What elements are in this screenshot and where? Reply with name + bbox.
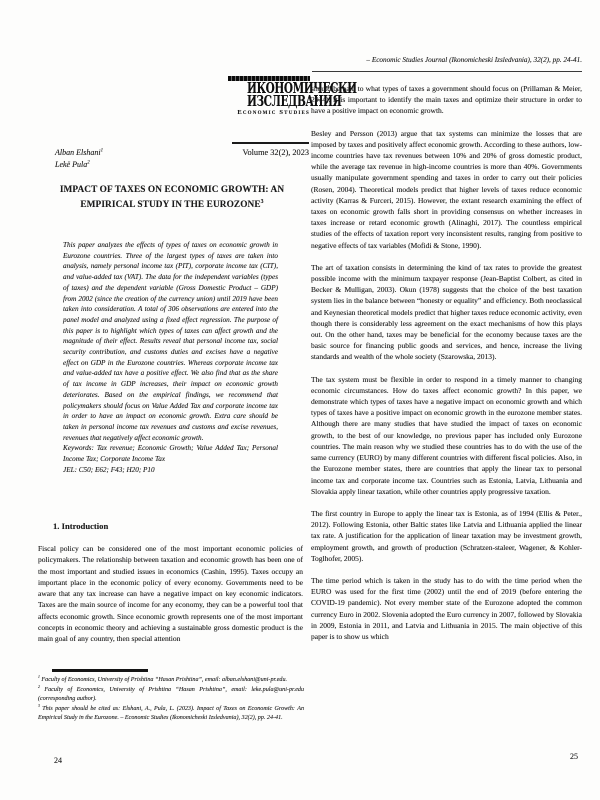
body-paragraph: Besley and Persson (2013) argue that tax… (311, 128, 582, 251)
footnote-1-text: Faculty of Economics, University of Pris… (41, 677, 287, 683)
footnote-1-mark: 1 (38, 675, 40, 679)
page-number-right: 25 (500, 752, 578, 761)
masthead-title-line2: ИЗСЛЕДВАНИЯ (247, 95, 310, 108)
footnotes-block: 1 Faculty of Economics, University of Pr… (38, 676, 304, 724)
paper-title-footnote-mark: 3 (261, 198, 264, 204)
footnote-separator-rule (52, 669, 148, 672)
scanned-journal-spread: ИКОНОМИЧЕСКИ ИЗСЛЕДВАНИЯ Economic Studie… (0, 0, 600, 800)
abstract-text: This paper analyzes the effects of types… (63, 240, 278, 443)
footnote-3-text: This paper should be cited as: Elshani, … (38, 706, 304, 721)
body-paragraph: The tax system must be flexible in order… (311, 374, 582, 497)
body-text-column: should be paid to what types of taxes a … (311, 83, 582, 653)
author-2: Lekë Pula (55, 160, 87, 169)
running-header-rule (312, 71, 582, 72)
footnote-3-mark: 3 (38, 704, 40, 708)
author-list: Alban Elshani1 Lekë Pula2 (55, 147, 103, 170)
volume-divider-rule (232, 142, 309, 144)
body-paragraph: The art of taxation consists in determin… (311, 262, 582, 363)
author-name: Lekë Pula2 (55, 159, 103, 171)
abstract-block: This paper analyzes the effects of types… (63, 240, 278, 475)
body-paragraph: The first country in Europe to apply the… (311, 508, 582, 564)
volume-label: Volume 32(2), 2023 (200, 148, 309, 157)
author-name: Alban Elshani1 (55, 147, 103, 159)
footnote-2-mark: 2 (38, 685, 40, 689)
body-paragraph: The time period which is taken in the st… (311, 575, 582, 642)
journal-masthead-logo: ИКОНОМИЧЕСКИ ИЗСЛЕДВАНИЯ Economic Studie… (220, 76, 310, 116)
masthead-subtitle: Economic Studies (220, 109, 310, 116)
footnote-3: 3 This paper should be cited as: Elshani… (38, 705, 304, 723)
paper-title: IMPACT OF TAXES ON ECONOMIC GROWTH: AN E… (40, 183, 304, 212)
keywords-line: Keywords: Tax revenue; Economic Growth; … (63, 443, 278, 464)
footnote-1: 1 Faculty of Economics, University of Pr… (38, 676, 304, 685)
author-1: Alban Elshani (55, 148, 101, 157)
body-paragraph: should be paid to what types of taxes a … (311, 83, 582, 117)
author-2-affiliation-mark: 2 (87, 160, 89, 165)
footnote-2: 2 Faculty of Economics, University of Pr… (38, 686, 304, 704)
section-heading-introduction: 1. Introduction (53, 521, 108, 531)
introduction-paragraph: Fiscal policy can be considered one of t… (38, 543, 303, 645)
jel-codes-line: JEL: C50; E62; F43; H20; P10 (63, 465, 278, 476)
footnote-2-text: Faculty of Economics, University of Pris… (38, 687, 304, 702)
paper-title-text: IMPACT OF TAXES ON ECONOMIC GROWTH: AN E… (60, 185, 284, 210)
running-header: – Economic Studies Journal (Ikonomichesk… (310, 56, 582, 64)
author-1-affiliation-mark: 1 (101, 148, 103, 153)
page-number-left: 24 (54, 756, 62, 765)
